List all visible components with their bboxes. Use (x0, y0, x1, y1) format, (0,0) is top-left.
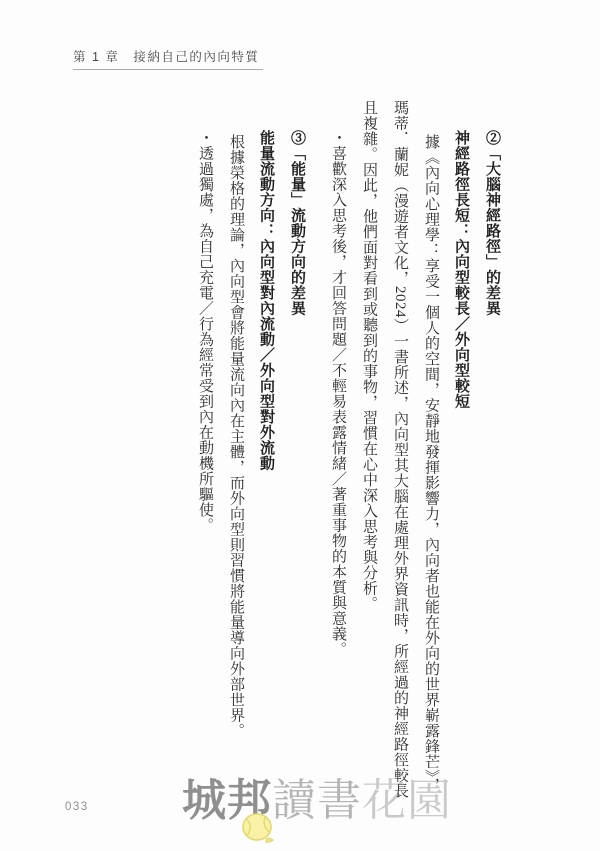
text-column-line: 且複雜。因此，他們面對看到或聽到的事物，習慣在心中深入思考與分析。 (353, 100, 384, 800)
running-header: 第 1 章接納自己的內向特質 (73, 47, 263, 70)
text-column-line: ②「大腦神經路徑」的差異 (477, 100, 508, 800)
chapter-label: 第 1 章 (73, 50, 119, 64)
text-column-line: ・喜歡深入思考後，才回答問題／不輕易表露情緒／著重事物的本質與意義。 (322, 100, 353, 800)
main-text-block: ②「大腦神經路徑」的差異神經路徑長短：內向型較長／外向型較短據《內向心理學：享受… (189, 100, 508, 800)
text-column-line: 瑪蒂．蘭妮（漫遊者文化，2024）一書所述，內向型其大腦在處理外界資訊時，所經過… (384, 100, 415, 800)
chapter-title: 接納自己的內向特質 (133, 50, 259, 64)
text-column-line: ・透過獨處，為自己充電／行為經常受到內在動機所驅使。 (189, 100, 220, 800)
text-column-line: ③「能量」流動方向的差異 (282, 100, 313, 800)
text-column-line: 能量流動方向：內向型對內流動／外向型對外流動 (251, 100, 282, 800)
text-column-line: 據《內向心理學：享受一個人的空間，安靜地發揮影響力，內向者也能在外向的世界嶄露鋒… (415, 100, 446, 800)
page-number: 033 (65, 801, 89, 813)
text-column-line: 根據榮格的理論，內向型會將能量流向內在主體，而外向型則習慣將能量導向外部世界。 (220, 100, 251, 800)
mascot-ball-icon (241, 812, 277, 846)
book-page: 第 1 章接納自己的內向特質 ②「大腦神經路徑」的差異神經路徑長短：內向型較長／… (0, 0, 600, 851)
text-column-line: 神經路徑長短：內向型較長／外向型較短 (446, 100, 477, 800)
